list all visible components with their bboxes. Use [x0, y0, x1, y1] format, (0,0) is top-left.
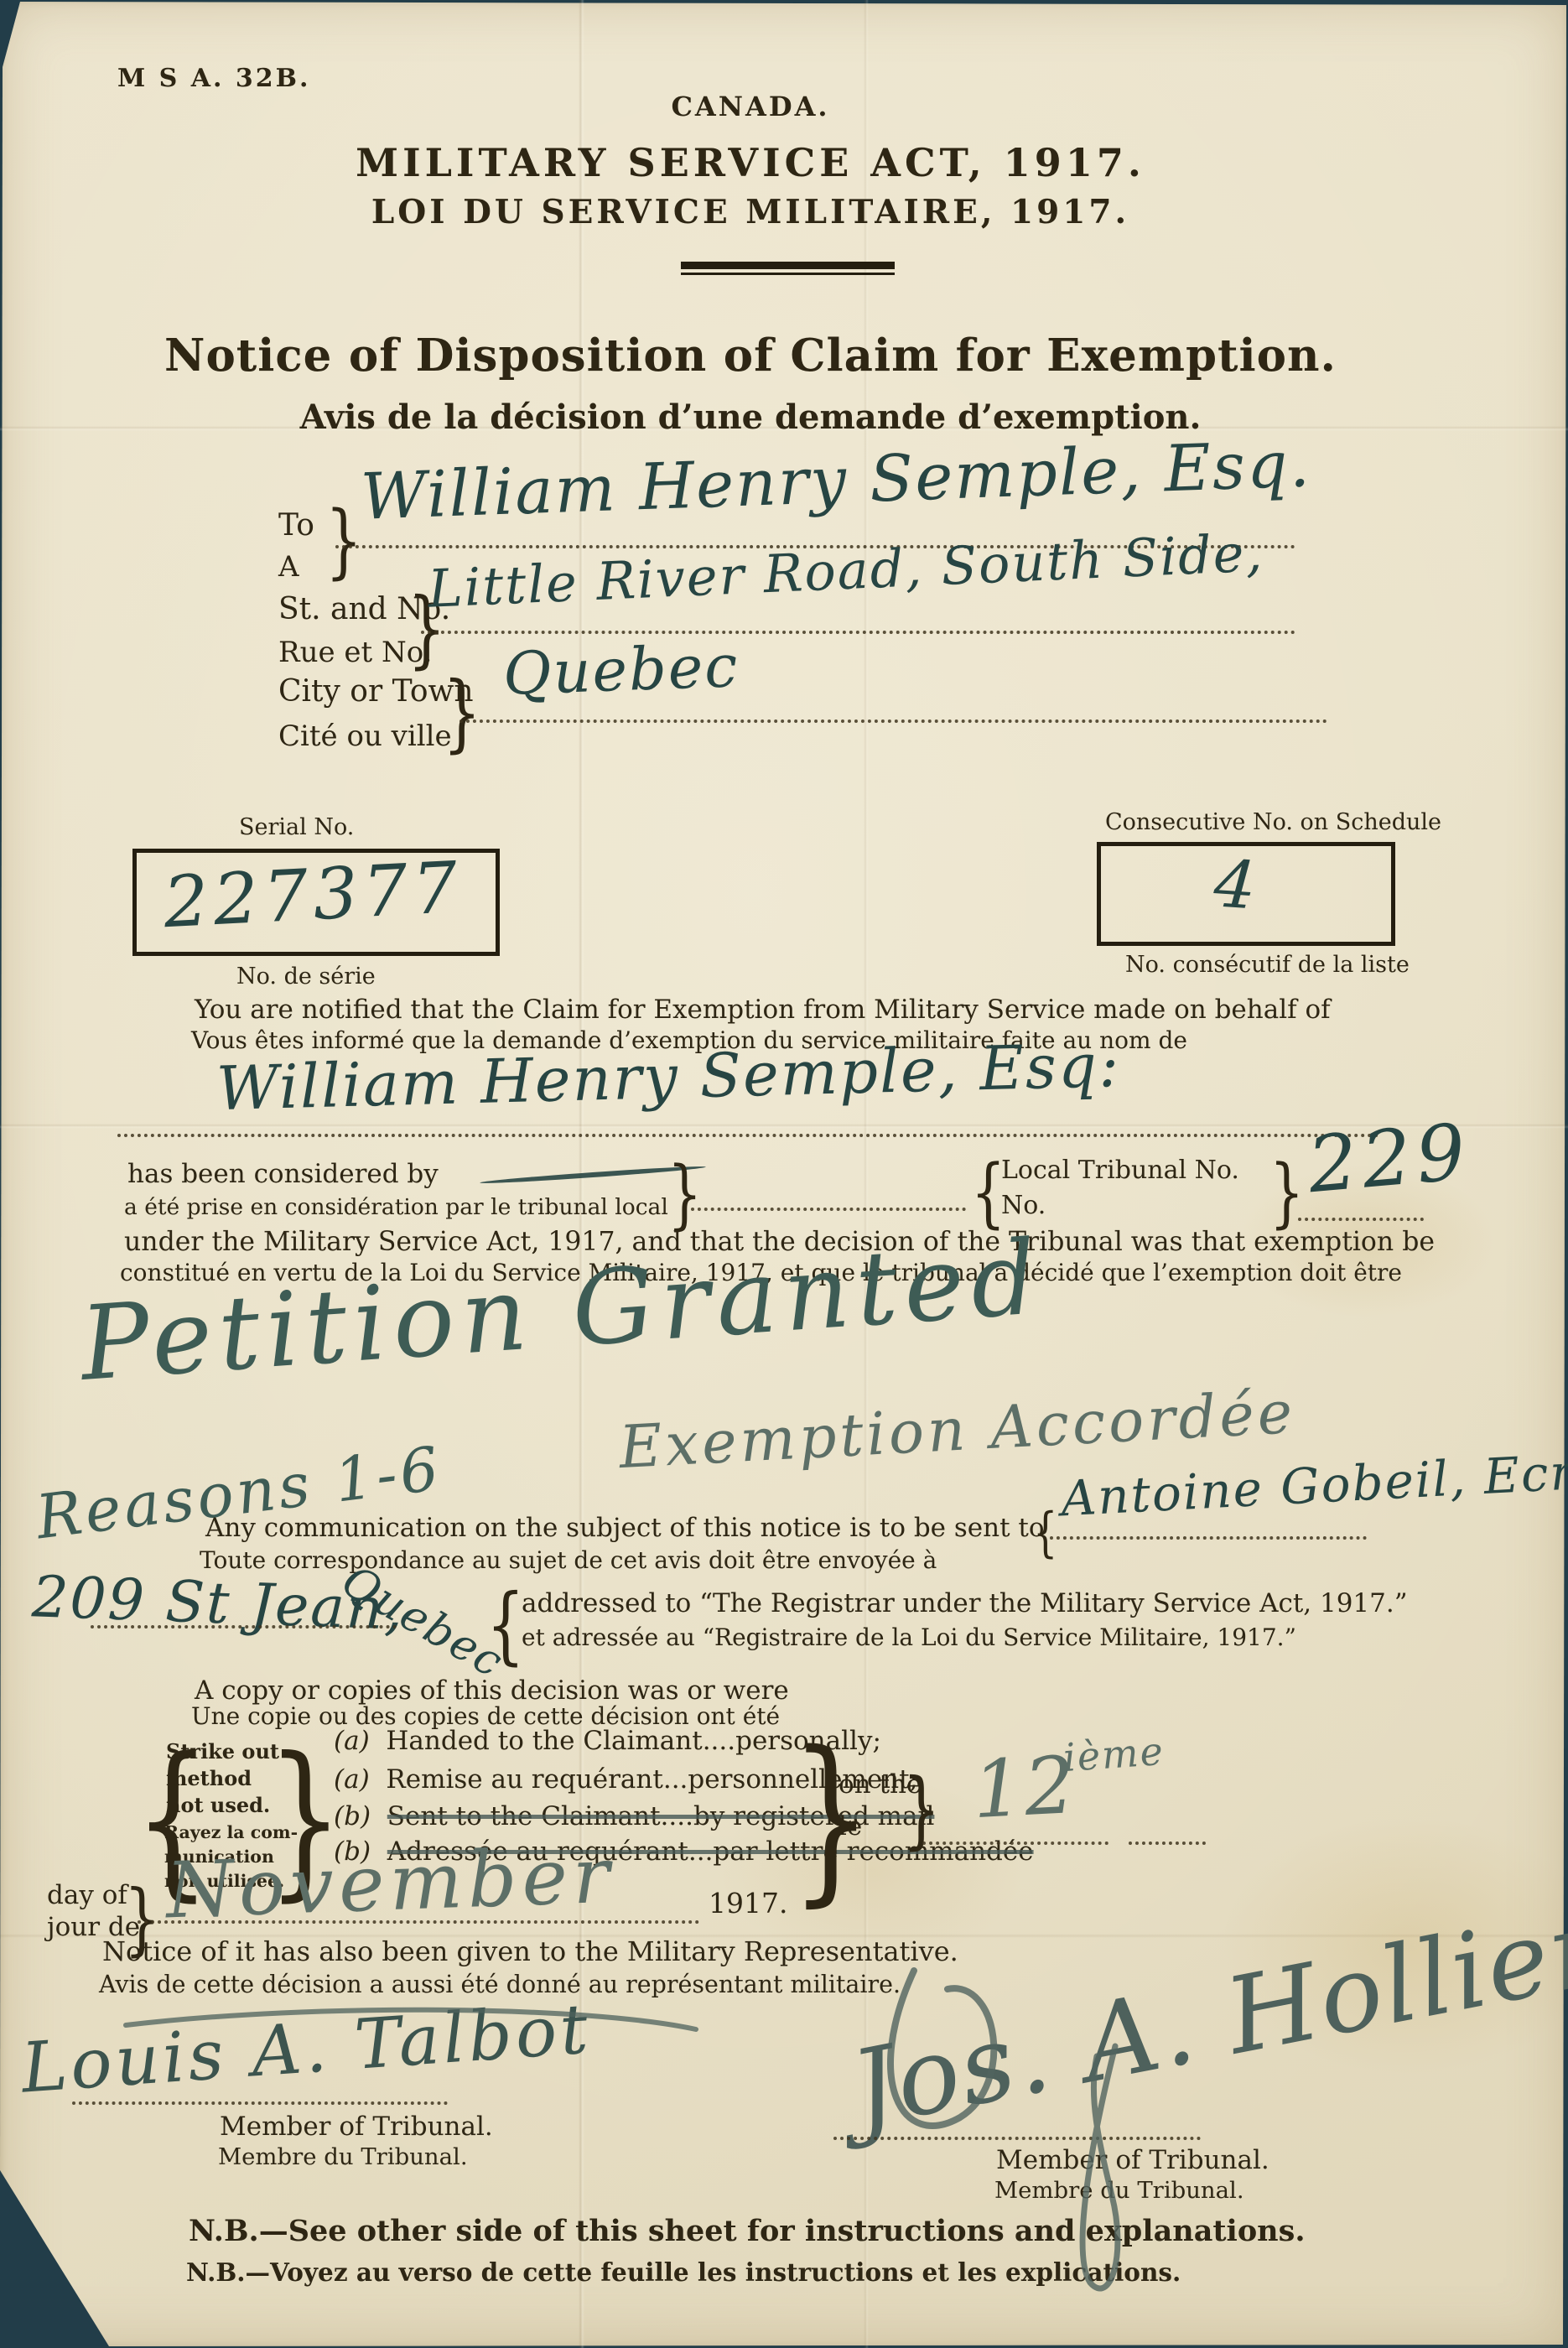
member-right-label-en: Member of Tribunal.: [996, 2147, 1269, 2174]
strike-note-line: Strike out: [166, 1741, 279, 1763]
day-dotted-line-2: [1129, 1842, 1206, 1845]
addressed-line-fr: et adressée au “Registraire de la Loi du…: [522, 1625, 1296, 1650]
registrar-address-dotted-line: [91, 1625, 397, 1629]
member-left-label-en: Member of Tribunal.: [220, 2113, 493, 2141]
day-value-handwritten: 12: [970, 1743, 1078, 1834]
tribunal-dotted-line: [1298, 1218, 1424, 1221]
consecutive-label-en: Consecutive No. on Schedule: [1105, 810, 1441, 834]
strike-note-line: not used.: [166, 1795, 270, 1816]
year-printed: 1917.: [709, 1888, 787, 1919]
military-rep-line-fr: Avis de cette décision a aussi été donné…: [99, 1972, 901, 1998]
act-title-en: MILITARY SERVICE ACT, 1917.: [0, 143, 1501, 184]
strike-note-line: method: [166, 1768, 252, 1790]
nb-line-fr: N.B.—Voyez au verso de cette feuille les…: [186, 2259, 1181, 2286]
tribunal-label-en: Local Tribunal No.: [1001, 1157, 1239, 1184]
addressed-brace: {: [486, 1580, 525, 1670]
street-dotted-line: [421, 631, 1295, 634]
month-handwritten: November: [164, 1834, 615, 1933]
act-title-fr: LOI DU SERVICE MILITAIRE, 1917.: [0, 195, 1501, 230]
nb-line-en: N.B.—See other side of this sheet for in…: [189, 2216, 1306, 2247]
form-code: M S A. 32B.: [117, 65, 310, 92]
consecutive-value-handwritten: 4: [1212, 849, 1259, 922]
considered-brace: }: [667, 1154, 702, 1235]
serial-label-fr: No. de série: [236, 964, 376, 989]
signature-left-dotted-line: [72, 2101, 448, 2105]
military-rep-line-en: Notice of it has also been given to the …: [102, 1937, 958, 1966]
tribunal-label-fr: No.: [1001, 1192, 1046, 1219]
serial-label-en: Serial No.: [239, 815, 354, 839]
tribunal-number-handwritten: 229: [1305, 1110, 1474, 1208]
month-dotted-line: [138, 1920, 699, 1924]
member-right-label-fr: Membre du Tribunal.: [994, 2179, 1244, 2204]
considered-label-en: has been considered by: [127, 1161, 439, 1188]
to-brace: }: [325, 498, 362, 585]
to-label-en: To: [278, 510, 314, 543]
tribunal-close-brace: }: [1269, 1152, 1304, 1234]
addressed-line-en: addressed to “The Registrar under the Mi…: [522, 1590, 1408, 1618]
copy-line-en: A copy or copies of this decision was or…: [195, 1677, 789, 1705]
country-heading: CANADA.: [0, 92, 1501, 122]
communication-line-en: Any communication on the subject of this…: [205, 1514, 1045, 1542]
recipient-dotted-line: [1050, 1536, 1367, 1540]
signature-right-dotted-line: [833, 2137, 1201, 2140]
consecutive-label-fr: No. consécutif de la liste: [1125, 953, 1410, 977]
delivery-item-label: (b): [334, 1801, 371, 1831]
communication-line-fr: Toute correspondance au sujet de cet avi…: [200, 1548, 937, 1573]
considered-dotted-line: [691, 1208, 966, 1211]
notified-line-en: You are notified that the Claim for Exem…: [195, 996, 1331, 1024]
day-dotted-line: [922, 1842, 1109, 1845]
claimant-dotted-line: [117, 1134, 1379, 1137]
considered-label-fr: a été prise en considération par le trib…: [124, 1196, 668, 1220]
delivery-item-label: (a): [334, 1726, 370, 1756]
city-dotted-line: [459, 719, 1327, 723]
member-left-label-fr: Membre du Tribunal.: [218, 2145, 468, 2170]
on-the-label-fr: le: [839, 1813, 862, 1841]
title-rule: [681, 262, 895, 269]
day-of-label-en: day of: [47, 1882, 127, 1909]
to-label-fr: A: [278, 552, 299, 583]
day-suffix-handwritten: ième: [1062, 1731, 1166, 1779]
delivery-item-label: (a): [334, 1764, 370, 1795]
city-brace: }: [443, 668, 481, 758]
recipient-brace: {: [1033, 1504, 1057, 1562]
doc-title-en: Notice of Disposition of Claim for Exemp…: [0, 332, 1501, 380]
city-label-fr: Cité ou ville: [278, 721, 452, 752]
title-rule-thin: [681, 273, 895, 275]
city-value-handwritten: Quebec: [502, 635, 740, 706]
photo-backdrop: M S A. 32B. CANADA. MILITARY SERVICE ACT…: [0, 0, 1568, 2348]
serial-value-handwritten: 227377: [162, 849, 465, 941]
